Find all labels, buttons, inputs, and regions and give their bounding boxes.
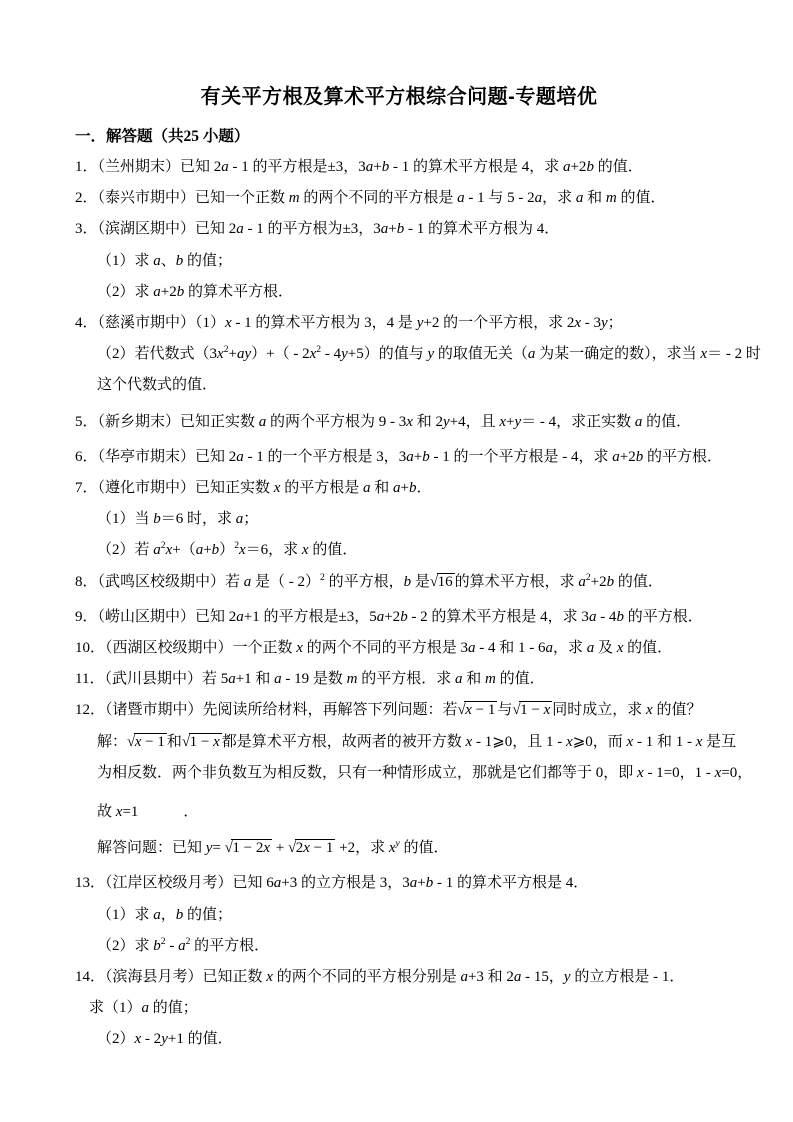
sqrt-radical: √1 − x (512, 695, 552, 726)
problem-4-part-1: 4．（慈溪市期中）（1）x - 1 的算术平方根为 3，4 是 y+2 的一个平… (75, 308, 723, 339)
sqrt-radical: √1 − x (182, 727, 222, 758)
problem-9: 9．（崂山区期中）已知 2a+1 的平方根是±3，5a+2b - 2 的算术平方… (75, 602, 723, 633)
problem-3-intro: 3．（滨湖区期中）已知 2a - 1 的平方根为±3，3a+b - 1 的算术平… (75, 214, 723, 245)
problem-4-continuation: 这个代数式的值． (75, 370, 723, 401)
problem-13-part-1: （1）求 a，b 的值； (75, 900, 723, 931)
problem-12-solution-answer: 故 x=1 ． (75, 797, 723, 828)
problem-13-part-2: （2）求 b2 - a2 的平方根． (75, 931, 723, 962)
sqrt-radical: √2x − 1 (288, 833, 335, 864)
sqrt-radical: √16 (430, 567, 455, 598)
problem-14-part-2: （2）x - 2y+1 的值． (75, 1024, 723, 1055)
problem-12-followup: 解答问题：已知 y= √1 − 2x + √2x − 1 +2，求 xy 的值． (75, 833, 723, 864)
sqrt-radical: √x − 1 (127, 727, 167, 758)
sqrt-radical: √1 − 2x (225, 833, 272, 864)
problem-11: 11．（武川县期中）若 5a+1 和 a - 19 是数 m 的平方根．求 a … (75, 664, 723, 695)
problem-6: 6．（华亭市期末）已知 2a - 1 的一个平方根是 3，3a+b - 1 的一… (75, 442, 723, 473)
sqrt-radical: √x − 1 (458, 695, 498, 726)
worksheet-title: 有关平方根及算术平方根综合问题-专题培优 (75, 86, 723, 108)
problem-3-part-1: （1）求 a、b 的值； (75, 246, 723, 277)
worksheet-page: 有关平方根及算术平方根综合问题-专题培优 一．解答题（共25 小题） 1．（兰州… (0, 0, 793, 1056)
problem-14-intro: 14．（滨海县月考）已知正数 x 的两个不同的平方根分别是 a+3 和 2a -… (75, 962, 723, 993)
problem-12-solution-line-1: 解：√x − 1和√1 − x都是算术平方根，故两者的被开方数 x - 1⩾0，… (75, 727, 723, 758)
problem-4-part-2: （2）若代数式（3x2+ay）+（ - 2x2 - 4y+5）的值与 y 的取值… (75, 339, 723, 370)
problem-10: 10．（西湖区校级期中）一个正数 x 的两个不同的平方根是 3a - 4 和 1… (75, 633, 723, 664)
problem-7-intro: 7．（遵化市期中）已知正实数 x 的平方根是 a 和 a+b． (75, 473, 723, 504)
problem-7-part-1: （1）当 b＝6 时，求 a； (75, 504, 723, 535)
problem-3-part-2: （2）求 a+2b 的算术平方根． (75, 277, 723, 308)
problem-5: 5．（新乡期末）已知正实数 a 的两个平方根为 9 - 3x 和 2y+4，且 … (75, 407, 723, 438)
section-heading: 一．解答题（共25 小题） (75, 121, 723, 152)
problem-14-part-1: 求（1）a 的值； (75, 993, 723, 1024)
problem-12-question: 12．（诸暨市期中）先阅读所给材料，再解答下列问题：若√x − 1与√1 − x… (75, 695, 723, 726)
problem-13-intro: 13．（江岸区校级月考）已知 6a+3 的立方根是 3，3a+b - 1 的算术… (75, 868, 723, 899)
problem-7-part-2: （2）若 a2x+（a+b）2x＝6，求 x 的值． (75, 535, 723, 566)
problem-1: 1．（兰州期末）已知 2a - 1 的平方根是±3，3a+b - 1 的算术平方… (75, 152, 723, 183)
problem-2: 2．（泰兴市期中）已知一个正数 m 的两个不同的平方根是 a - 1 与 5 -… (75, 183, 723, 214)
problem-8: 8．（武鸣区校级期中）若 a 是（ - 2）2 的平方根，b 是√16的算术平方… (75, 567, 723, 598)
problem-12-solution-line-2: 为相反数．两个非负数互为相反数，只有一种情形成立，那就是它们都等于 0，即 x … (75, 758, 723, 789)
